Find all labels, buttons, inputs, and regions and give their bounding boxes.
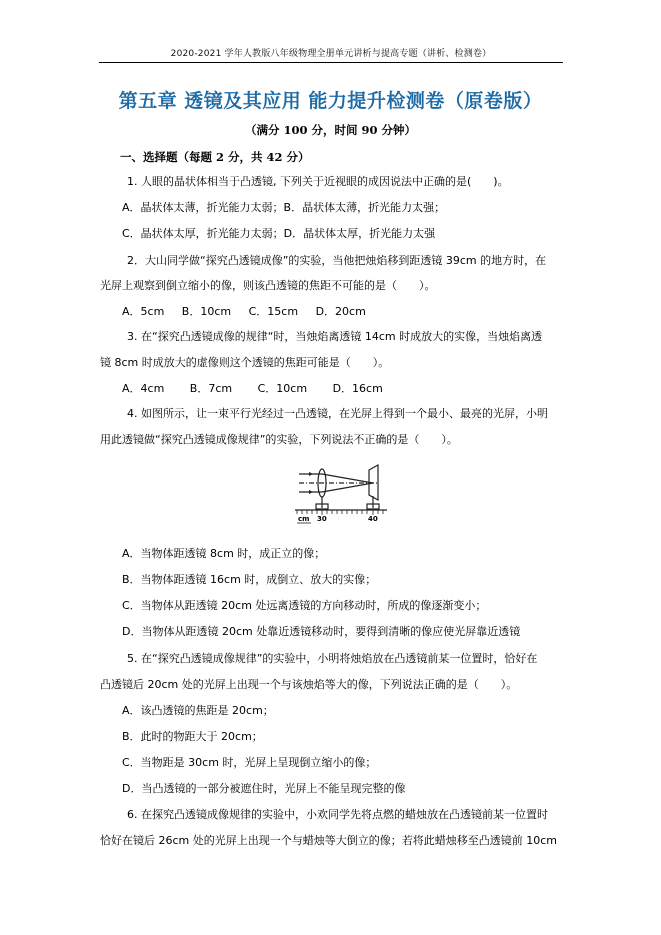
lens-optical-bench-figure: cm 30 40 [293, 464, 389, 526]
question-1-options-row-2: C．晶状体太厚，折光能力太弱；D．晶状体太厚，折光能力太强 [122, 225, 435, 241]
option-d: D．16cm [333, 382, 383, 395]
question-4-stem-line-2: 用此透镜做“探究凸透镜成像规律”的实验，下列说法不正确的是（ ）。 [100, 431, 458, 447]
option-c: C．15cm [249, 305, 298, 318]
question-2-options: A．5cm B．10cm C．15cm D．20cm [122, 303, 366, 319]
option-c: C．10cm [258, 382, 307, 395]
document-subtitle: （满分 100 分，时间 90 分钟） [100, 122, 561, 138]
scale-label-40: 40 [368, 515, 378, 523]
question-3-stem-line-1: 3. 在“探究凸透镜成像的规律“时，当烛焰离透镜 14cm 时成放大的实像，当烛… [127, 328, 542, 344]
question-6-stem-line-2: 恰好在镜后 26cm 处的光屏上出现一个与蜡烛等大倒立的像；若将此蜡烛移至凸透镜… [100, 832, 557, 848]
question-4-stem-line-1: 4. 如图所示，让一束平行光经过一凸透镜，在光屏上得到一个最小、最亮的光屏，小明 [127, 405, 548, 421]
question-3-stem-line-2: 镜 8cm 时成放大的虚像则这个透镜的焦距可能是（ ）。 [100, 354, 389, 370]
question-5-stem-line-2: 凸透镜后 20cm 处的光屏上出现一个与该烛焰等大的像，下列说法正确的是（ ）。 [100, 676, 517, 692]
question-2-stem-line-1: 2．大山同学做“探究凸透镜成像”的实验，当他把烛焰移到距透镜 39cm 的地方时… [127, 252, 546, 268]
running-header: 2020-2021 学年人教版八年级物理全册单元讲析与提高专题（讲析、检测卷） [99, 46, 563, 59]
option-a: A．4cm [122, 382, 164, 395]
question-6-stem-line-1: 6. 在探究凸透镜成像规律的实验中，小欢同学先将点燃的蜡烛放在凸透镜前某一位置时 [127, 806, 548, 822]
option-b: B．10cm [182, 305, 231, 318]
question-4-option-a: A．当物体距透镜 8cm 时，成正立的像； [122, 545, 325, 561]
question-5-option-d: D．当凸透镜的一部分被遮住时，光屏上不能呈现完整的像 [122, 780, 405, 796]
question-2-stem-line-2: 光屏上观察到倒立缩小的像，则该凸透镜的焦距不可能的是（ ）。 [100, 277, 436, 293]
section-heading: 一、选择题（每题 2 分，共 42 分） [120, 149, 310, 165]
question-5-stem-line-1: 5. 在“探究凸透镜成像规律”的实验中，小明将烛焰放在凸透镜前某一位置时，恰好在 [127, 650, 537, 666]
question-4-option-b: B．当物体距透镜 16cm 时，成倒立、放大的实像； [122, 571, 376, 587]
question-1-stem: 1. 人眼的晶状体相当于凸透镜, 下列关于近视眼的成因说法中正确的是( )。 [127, 173, 509, 189]
option-a: A．5cm [122, 305, 164, 318]
scale-label-30: 30 [317, 515, 327, 523]
document-title: 第五章 透镜及其应用 能力提升检测卷（原卷版） [100, 86, 561, 113]
question-4-option-c: C．当物体从距透镜 20cm 处远离透镜的方向移动时，所成的像逐渐变小； [122, 597, 486, 613]
scale-label-unit: cm [298, 515, 309, 523]
question-1-options-row-1: A．晶状体太薄，折光能力太弱；B．晶状体太薄，折光能力太强； [122, 199, 445, 215]
question-3-options: A．4cm B．7cm C．10cm D．16cm [122, 380, 383, 396]
option-d: D．20cm [316, 305, 366, 318]
question-5-option-c: C．当物距是 30cm 时，光屏上呈现倒立缩小的像； [122, 754, 376, 770]
option-b: B．7cm [190, 382, 232, 395]
header-rule [99, 62, 563, 63]
question-4-option-d: D．当物体从距透镜 20cm 处靠近透镜移动时，要得到清晰的像应使光屏靠近透镜 [122, 623, 520, 639]
question-5-option-b: B．此时的物距大于 20cm； [122, 728, 263, 744]
question-5-option-a: A．该凸透镜的焦距是 20cm； [122, 702, 274, 718]
